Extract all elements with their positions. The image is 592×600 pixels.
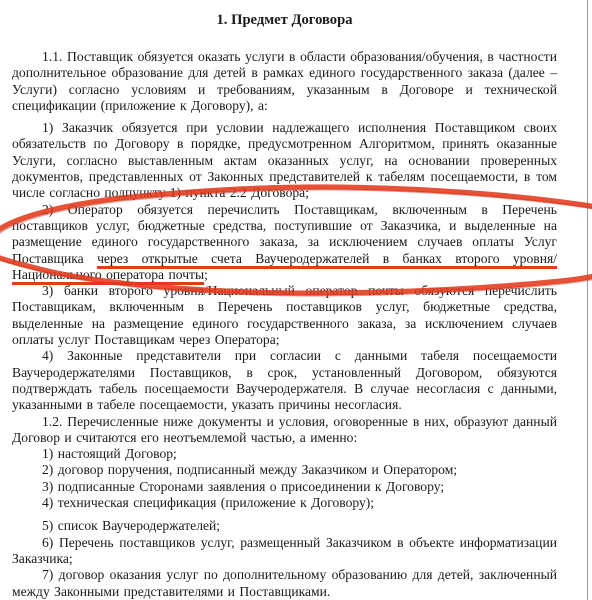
clause-1-2-sub-3: 3) подписанные Сторонами заявления о при…	[12, 479, 557, 495]
clause-1-1-item-1: 1) Заказчик обязуется при условии надлеж…	[12, 120, 557, 201]
clause-1-2-sub-6: 6) Перечень поставщиков услуг, размещенн…	[12, 535, 557, 568]
section-title: 1. Предмет Договора	[12, 12, 557, 29]
clause-1-2-sub-1: 1) настоящий Договор;	[12, 446, 557, 462]
clause-1-2-sub-7: 7) договор оказания услуг по дополнитель…	[12, 567, 557, 600]
contract-page: 1. Предмет Договора 1.1. Поставщик обязу…	[0, 0, 592, 600]
clause-1-1-item-2: 2) Оператор обязуется перечислить Постав…	[12, 202, 557, 283]
clause-1-1-item-4: 4) Законные представители при согласии с…	[12, 348, 557, 413]
page-right-border	[587, 0, 588, 600]
clause-1-1-item-3: 3) банки второго уровня/Национальный опе…	[12, 283, 557, 348]
clause-1-1-item-2-tail: ;	[204, 267, 208, 282]
clause-1-2-sub-5: 5) список Ваучеродержателей;	[12, 518, 557, 534]
clause-1-2: 1.2. Перечисленные ниже документы и усло…	[12, 414, 557, 447]
clause-1-1: 1.1. Поставщик обязуется оказать услуги …	[12, 49, 557, 114]
clause-1-2-sub-2: 2) договор поручения, подписанный между …	[12, 462, 557, 478]
clause-1-2-sub-4: 4) техническая спецификация (приложение …	[12, 495, 557, 511]
